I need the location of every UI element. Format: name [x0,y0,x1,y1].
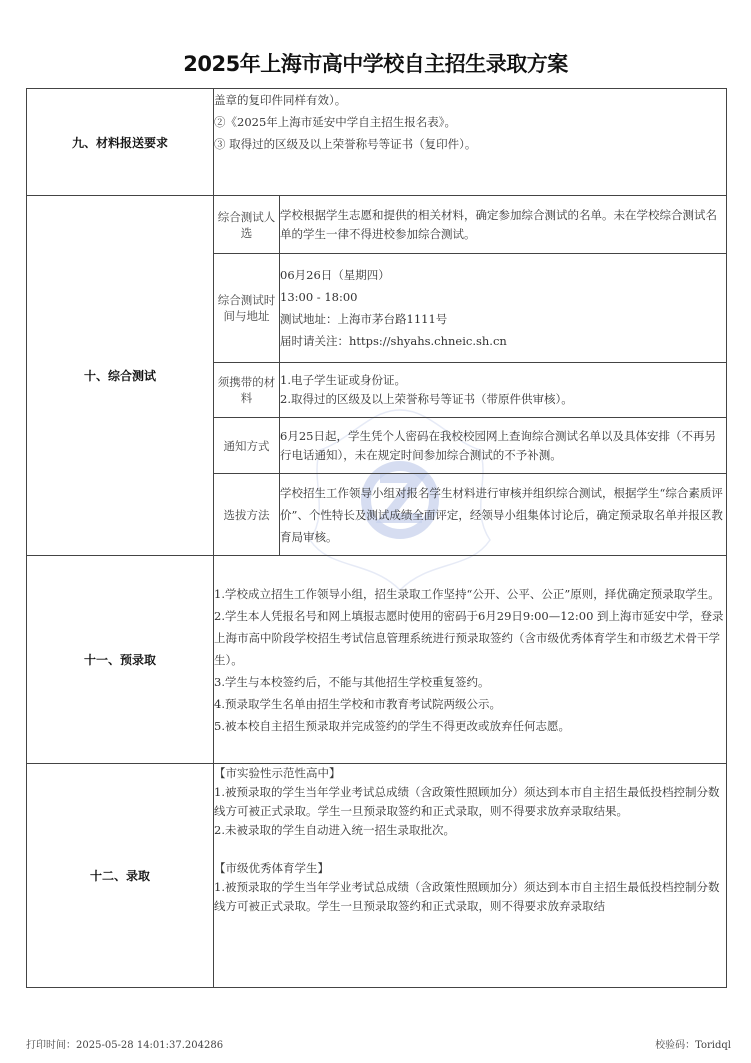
section-label: 十、综合测试 [27,196,214,556]
section-row-pre-admission: 十一、预录取 1.学校成立招生工作领导小组，招生录取工作坚持“公开、公平、公正”… [27,556,727,764]
sub-content: 6月25日起，学生凭个人密码在我校校园网上查询综合测试名单以及具体安排（不再另行… [280,418,727,474]
url-text: 届时请关注：https://shyahs.chneic.sh.cn [280,330,726,352]
sub-label: 须携带的材料 [214,363,280,418]
text-line: 学校根据学生志愿和提供的相关材料，确定参加综合测试的名单。未在学校综合测试名单的… [280,206,726,244]
text-line: 06月26日（星期四） [280,264,726,286]
text-line: ③ 取得过的区级及以上荣誉称号等证书（复印件）。 [214,133,726,155]
text-line: 测试地址：上海市茅台路1111号 [280,308,726,330]
section-content: 1.学校成立招生工作领导小组，招生录取工作坚持“公开、公平、公正”原则，择优确定… [214,556,727,764]
section-content: 【市实验性示范性高中】 1.被预录取的学生当年学业考试总成绩（含政策性照顾加分）… [214,764,727,988]
sub-label: 综合测试时间与地址 [214,254,280,363]
text-line: ②《2025年上海市延安中学自主招生报名表》。 [214,111,726,133]
section-label: 九、材料报送要求 [27,89,214,196]
sub-label: 综合测试人选 [214,196,280,254]
text-line: 13:00 - 18:00 [280,286,726,308]
list-item: 1.学校成立招生工作领导小组，招生录取工作坚持“公开、公平、公正”原则，择优确定… [214,583,726,605]
section-content: 盖章的复印件同样有效）。 ②《2025年上海市延安中学自主招生报名表》。 ③ 取… [214,89,727,196]
list-item: 2.未被录取的学生自动进入统一招生录取批次。 [214,821,726,840]
group-title: 【市级优秀体育学生】 [214,859,726,878]
print-time: 打印时间：2025-05-28 14:01:37.204286 [26,1036,223,1051]
list-item: 5.被本校自主招生预录取并完成签约的学生不得更改或放弃任何志愿。 [214,715,726,737]
list-item: 1.被预录取的学生当年学业考试总成绩（含政策性照顾加分）须达到本市自主招生最低投… [214,783,726,821]
section-row-materials: 九、材料报送要求 盖章的复印件同样有效）。 ②《2025年上海市延安中学自主招生… [27,89,727,196]
list-item: 1.被预录取的学生当年学业考试总成绩（含政策性照顾加分）须达到本市自主招生最低投… [214,878,726,916]
sub-content: 06月26日（星期四） 13:00 - 18:00 测试地址：上海市茅台路111… [280,254,727,363]
sub-label: 通知方式 [214,418,280,474]
sub-content: 1.电子学生证或身份证。 2.取得过的区级及以上荣誉称号等证书（带原件供审核）。 [280,363,727,418]
list-item: 4.预录取学生名单由招生学校和市教育考试院两级公示。 [214,693,726,715]
group-title: 【市实验性示范性高中】 [214,764,726,783]
section-label: 十二、录取 [27,764,214,988]
sub-content: 学校招生工作领导小组对报名学生材料进行审核并组织综合测试，根据学生“综合素质评价… [280,474,727,556]
admission-plan-table: 九、材料报送要求 盖章的复印件同样有效）。 ②《2025年上海市延安中学自主招生… [26,88,727,988]
text-line: 盖章的复印件同样有效）。 [214,89,726,111]
section-row-test-candidates: 十、综合测试 综合测试人选 学校根据学生志愿和提供的相关材料，确定参加综合测试的… [27,196,727,254]
sub-content: 学校根据学生志愿和提供的相关材料，确定参加综合测试的名单。未在学校综合测试名单的… [280,196,727,254]
section-row-admission: 十二、录取 【市实验性示范性高中】 1.被预录取的学生当年学业考试总成绩（含政策… [27,764,727,988]
list-item: 3.学生与本校签约后，不能与其他招生学校重复签约。 [214,671,726,693]
spacer [214,840,726,859]
text-line: 1.电子学生证或身份证。 [280,371,726,390]
text-line: 6月25日起，学生凭个人密码在我校校园网上查询综合测试名单以及具体安排（不再另行… [280,427,726,465]
list-item: 2.学生本人凭报名号和网上填报志愿时使用的密码于6月29日9:00—12:00 … [214,605,726,671]
section-label: 十一、预录取 [27,556,214,764]
text-line: 2.取得过的区级及以上荣誉称号等证书（带原件供审核）。 [280,390,726,409]
text-line: 学校招生工作领导小组对报名学生材料进行审核并组织综合测试，根据学生“综合素质评价… [280,482,726,548]
sub-label: 选拔方法 [214,474,280,556]
page-title: 2025年上海市高中学校自主招生录取方案 [0,48,751,78]
checksum: 校验码：Toridql [655,1036,731,1051]
